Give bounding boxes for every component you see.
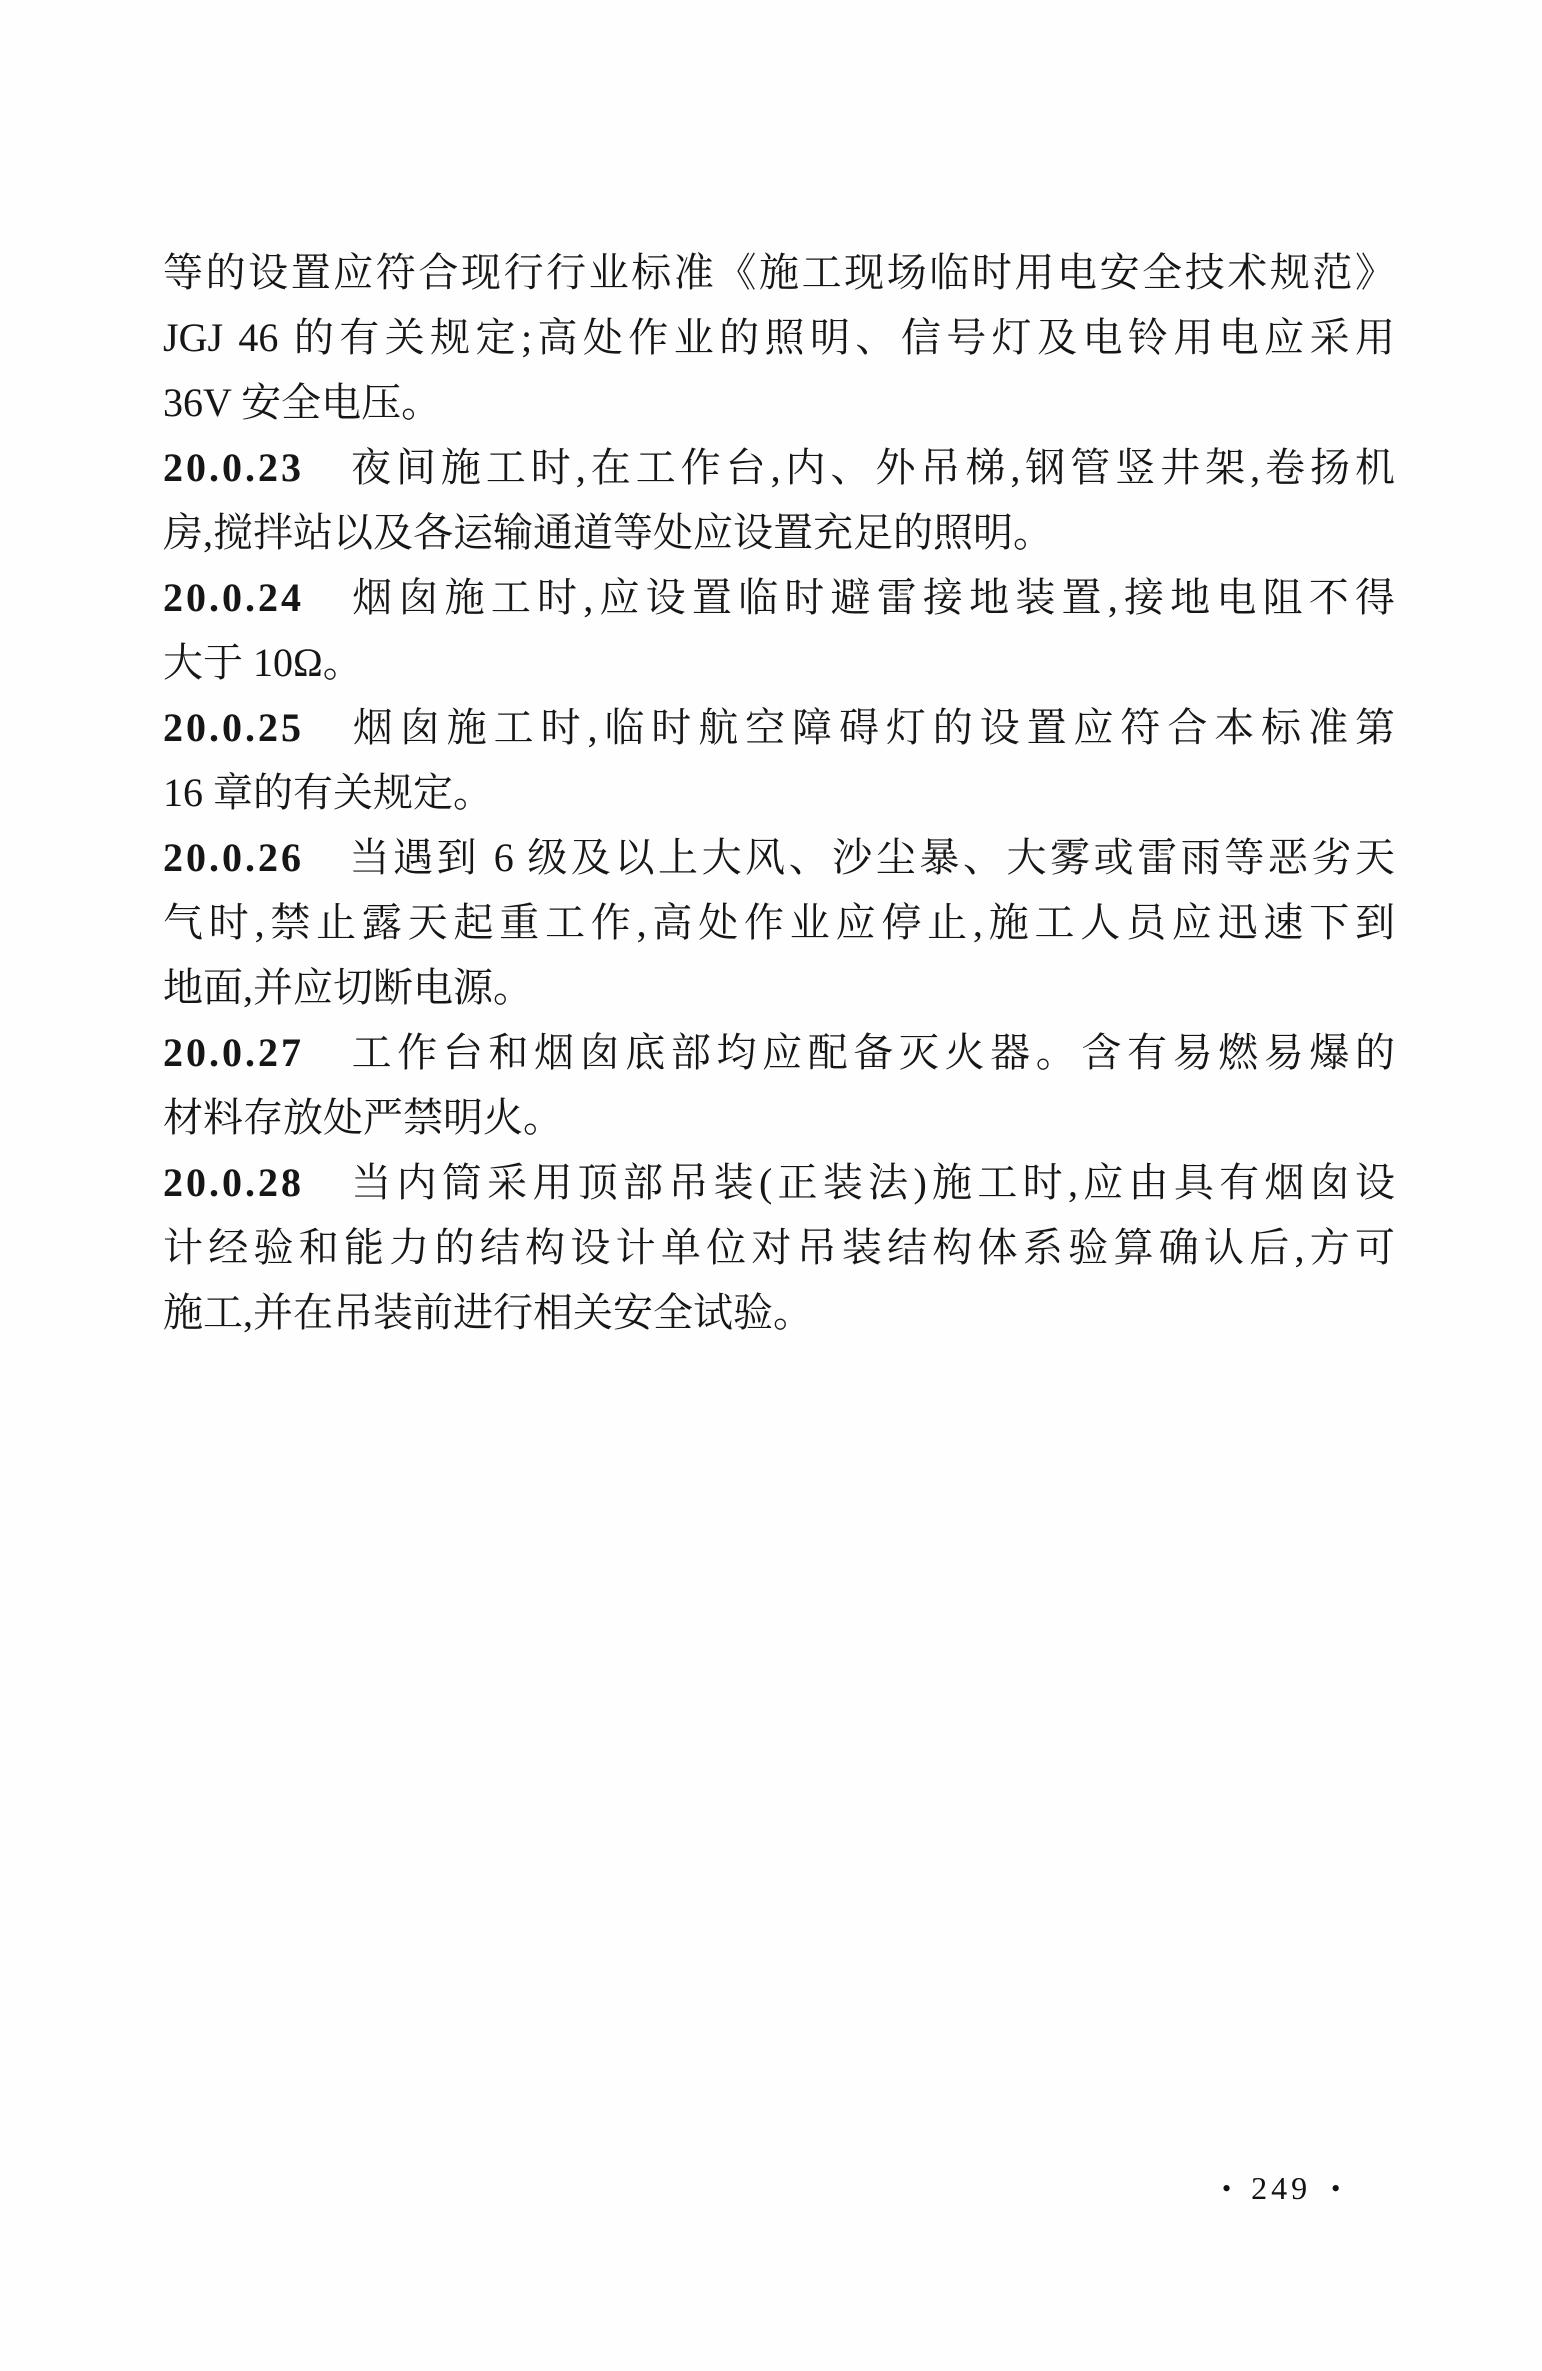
text-line: 地面,并应切断电源。: [163, 955, 1395, 1020]
text-line: 16 章的有关规定。: [163, 760, 1395, 825]
line-text: 地面,并应切断电源。: [163, 965, 533, 1010]
line-text: 施工,并在吊装前进行相关安全试验。: [163, 1290, 813, 1335]
line-text: 大于 10Ω。: [163, 640, 363, 685]
text-line: 36V 安全电压。: [163, 370, 1395, 435]
text-line: 施工,并在吊装前进行相关安全试验。: [163, 1280, 1395, 1345]
text-line: 房,搅拌站以及各运输通道等处应设置充足的照明。: [163, 500, 1395, 565]
text-line: 20.0.24烟囱施工时,应设置临时避雷接地装置,接地电阻不得: [163, 565, 1395, 630]
clause-number: 20.0.25: [163, 705, 304, 750]
text-line: 20.0.27工作台和烟囱底部均应配备灭火器。含有易燃易爆的: [163, 1020, 1395, 1085]
line-text: 烟囱施工时,应设置临时避雷接地装置,接地电阻不得: [346, 575, 1395, 620]
page-number-dot-left: •: [1222, 2174, 1231, 2203]
line-text: 烟囱施工时,临时航空障碍灯的设置应符合本标准第: [346, 705, 1395, 750]
page-number: •249•: [1222, 2168, 1340, 2209]
line-text: 36V 安全电压。: [163, 380, 441, 425]
document-page: 等的设置应符合现行行业标准《施工现场临时用电安全技术规范》 JGJ 46 的有关…: [0, 0, 1542, 2371]
text-line: 等的设置应符合现行行业标准《施工现场临时用电安全技术规范》: [163, 240, 1395, 305]
text-line: JGJ 46 的有关规定;高处作业的照明、信号灯及电铃用电应采用: [163, 305, 1395, 370]
line-text: 16 章的有关规定。: [163, 770, 493, 815]
text-line: 计经验和能力的结构设计单位对吊装结构体系验算确认后,方可: [163, 1215, 1395, 1280]
page-number-value: 249: [1251, 2170, 1311, 2206]
clause-number: 20.0.28: [163, 1160, 304, 1205]
line-text: JGJ 46 的有关规定;高处作业的照明、信号灯及电铃用电应采用: [163, 315, 1395, 360]
line-text: 材料存放处严禁明火。: [163, 1095, 563, 1140]
clause-number: 20.0.27: [163, 1030, 304, 1075]
line-text: 当遇到 6 级及以上大风、沙尘暴、大雾或雷雨等恶劣天: [346, 835, 1395, 880]
line-text: 气时,禁止露天起重工作,高处作业应停止,施工人员应迅速下到: [163, 900, 1395, 945]
text-line: 气时,禁止露天起重工作,高处作业应停止,施工人员应迅速下到: [163, 890, 1395, 955]
body-text: 等的设置应符合现行行业标准《施工现场临时用电安全技术规范》 JGJ 46 的有关…: [163, 240, 1395, 1345]
line-text: 当内筒采用顶部吊装(正装法)施工时,应由具有烟囱设: [346, 1160, 1395, 1205]
text-line: 20.0.23夜间施工时,在工作台,内、外吊梯,钢管竖井架,卷扬机: [163, 435, 1395, 500]
line-text: 工作台和烟囱底部均应配备灭火器。含有易燃易爆的: [346, 1030, 1395, 1075]
text-line: 材料存放处严禁明火。: [163, 1085, 1395, 1150]
text-line: 20.0.25烟囱施工时,临时航空障碍灯的设置应符合本标准第: [163, 695, 1395, 760]
text-line: 20.0.26当遇到 6 级及以上大风、沙尘暴、大雾或雷雨等恶劣天: [163, 825, 1395, 890]
page-number-dot-right: •: [1331, 2174, 1340, 2203]
line-text: 计经验和能力的结构设计单位对吊装结构体系验算确认后,方可: [163, 1225, 1395, 1270]
line-text: 房,搅拌站以及各运输通道等处应设置充足的照明。: [163, 510, 1053, 555]
clause-number: 20.0.26: [163, 835, 304, 880]
text-line: 20.0.28当内筒采用顶部吊装(正装法)施工时,应由具有烟囱设: [163, 1150, 1395, 1215]
line-text: 等的设置应符合现行行业标准《施工现场临时用电安全技术规范》: [163, 250, 1395, 295]
clause-number: 20.0.23: [163, 445, 304, 490]
text-line: 大于 10Ω。: [163, 630, 1395, 695]
clause-number: 20.0.24: [163, 575, 304, 620]
line-text: 夜间施工时,在工作台,内、外吊梯,钢管竖井架,卷扬机: [346, 445, 1395, 490]
